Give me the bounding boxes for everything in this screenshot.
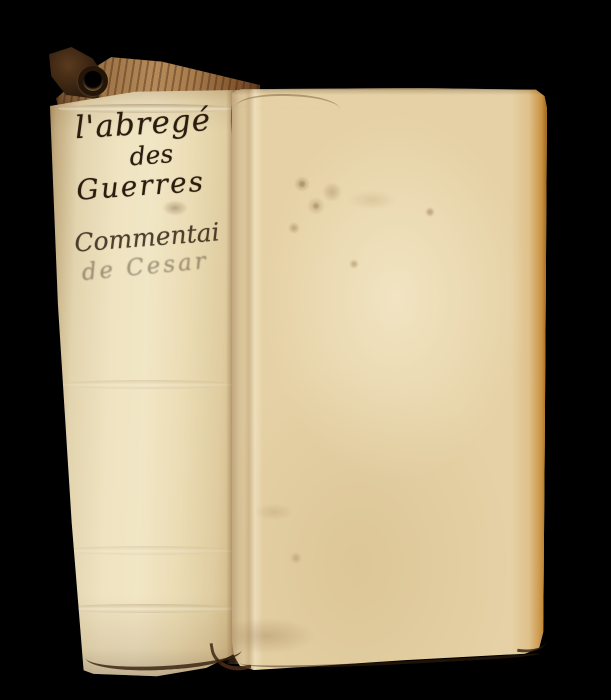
spine-raised-band bbox=[58, 546, 236, 555]
spine-raised-band bbox=[58, 380, 236, 389]
spine-handwritten-title: l'abregé des Guerres Commentai de Cesar bbox=[54, 102, 237, 285]
headcap-curl-loop bbox=[78, 66, 108, 96]
photo-background: l'abregé des Guerres Commentai de Cesar bbox=[0, 0, 611, 700]
spine-tail-band bbox=[58, 604, 236, 613]
book-spine: l'abregé des Guerres Commentai de Cesar bbox=[46, 84, 244, 678]
cover-stains bbox=[232, 88, 547, 670]
front-cover bbox=[232, 88, 547, 670]
